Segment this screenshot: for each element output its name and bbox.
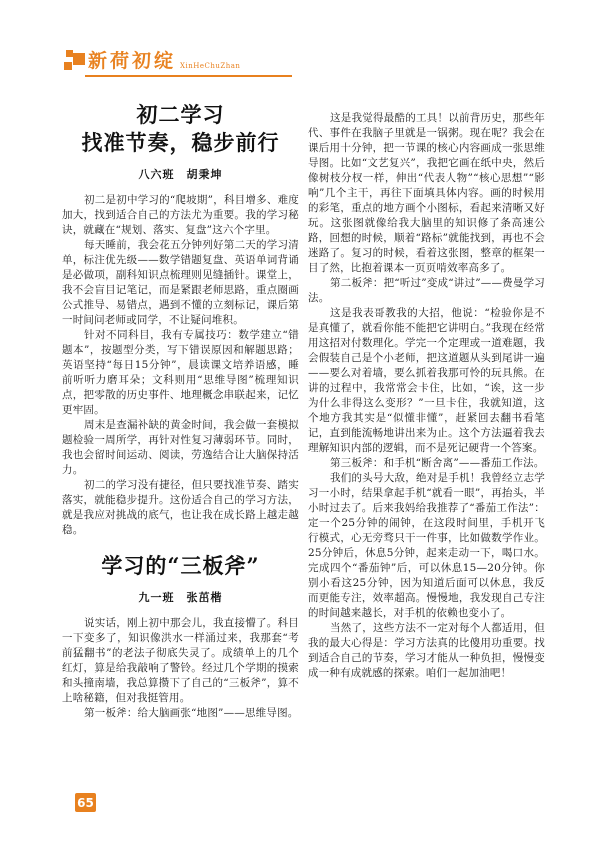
paragraph: 每天睡前，我会花五分钟列好第二天的学习清单，标注优先级——数学错题复盘、英语单词… [62, 238, 299, 328]
article1-title-line2: 找准节奏，稳步前行 [62, 129, 299, 157]
paragraph: 这是我表哥教我的大招，他说：“检验你是不是真懂了，就看你能不能把它讲明白。”我现… [308, 306, 545, 456]
paragraph: 针对不同科目，我有专属技巧：数学建立“错题本”，按题型分类，写下错误原因和解题思… [62, 328, 299, 418]
paragraph: 第一板斧：给大脑画张“地图”——思维导图。 [62, 706, 299, 721]
paragraph: 初二是初中学习的“爬坡期”，科目增多、难度加大，找到适合自己的方法尤为重要。我的… [62, 193, 299, 238]
article2-title: 学习的“三板斧” [62, 552, 299, 580]
article1-byline: 八六班 胡秉坤 [62, 166, 299, 182]
article1-title-line1: 初二学习 [62, 101, 299, 129]
page-number-badge: 65 [75, 793, 96, 812]
paragraph: 当然了，这些方法不一定对每个人都适用，但我的最大心得是：学习方法真的比傻用功重要… [308, 621, 545, 681]
paragraph: 第三板斧：和手机“断舍离”——番茄工作法。 [308, 456, 545, 471]
article2-byline: 九一班 张茁楷 [62, 589, 299, 605]
logo-subtext: XinHeChuZhan [180, 62, 240, 70]
paragraph: 说实话，刚上初中那会儿，我直接懵了。科目一下变多了，知识像洪水一样涌过来，我那套… [62, 616, 299, 706]
left-column: 初二学习 找准节奏，稳步前行 八六班 胡秉坤 初二是初中学习的“爬坡期”，科目增… [62, 95, 299, 721]
masthead-underline [85, 75, 292, 77]
paragraph: 周末是查漏补缺的黄金时间，我会做一套模拟题检验一周所学，再针对性复习薄弱环节。同… [62, 418, 299, 478]
logo-text: 新荷初绽 [88, 50, 176, 72]
magazine-page: 新荷初绽 XinHeChuZhan 初二学习 找准节奏，稳步前行 八六班 胡秉坤… [0, 0, 600, 848]
paragraph: 我们的头号大敌，绝对是手机！我曾经立志学习一小时，结果拿起手机“就看一眼”，再抬… [308, 471, 545, 621]
paragraph: 第二板斧：把“听过”变成“讲过”——费曼学习法。 [308, 276, 545, 306]
masthead: 新荷初绽 XinHeChuZhan [64, 49, 324, 77]
text-columns: 初二学习 找准节奏，稳步前行 八六班 胡秉坤 初二是初中学习的“爬坡期”，科目增… [62, 95, 545, 721]
paragraph: 初二的学习没有捷径，但只要找准节奏、踏实落实，就能稳步提升。这份适合自己的学习方… [62, 478, 299, 538]
right-column: 这是我觉得最酷的工具！以前背历史，那些年代、事件在我脑子里就是一锅粥。现在呢？我… [308, 95, 545, 721]
logo-squares-icon [64, 49, 85, 72]
paragraph: 这是我觉得最酷的工具！以前背历史，那些年代、事件在我脑子里就是一锅粥。现在呢？我… [308, 111, 545, 276]
